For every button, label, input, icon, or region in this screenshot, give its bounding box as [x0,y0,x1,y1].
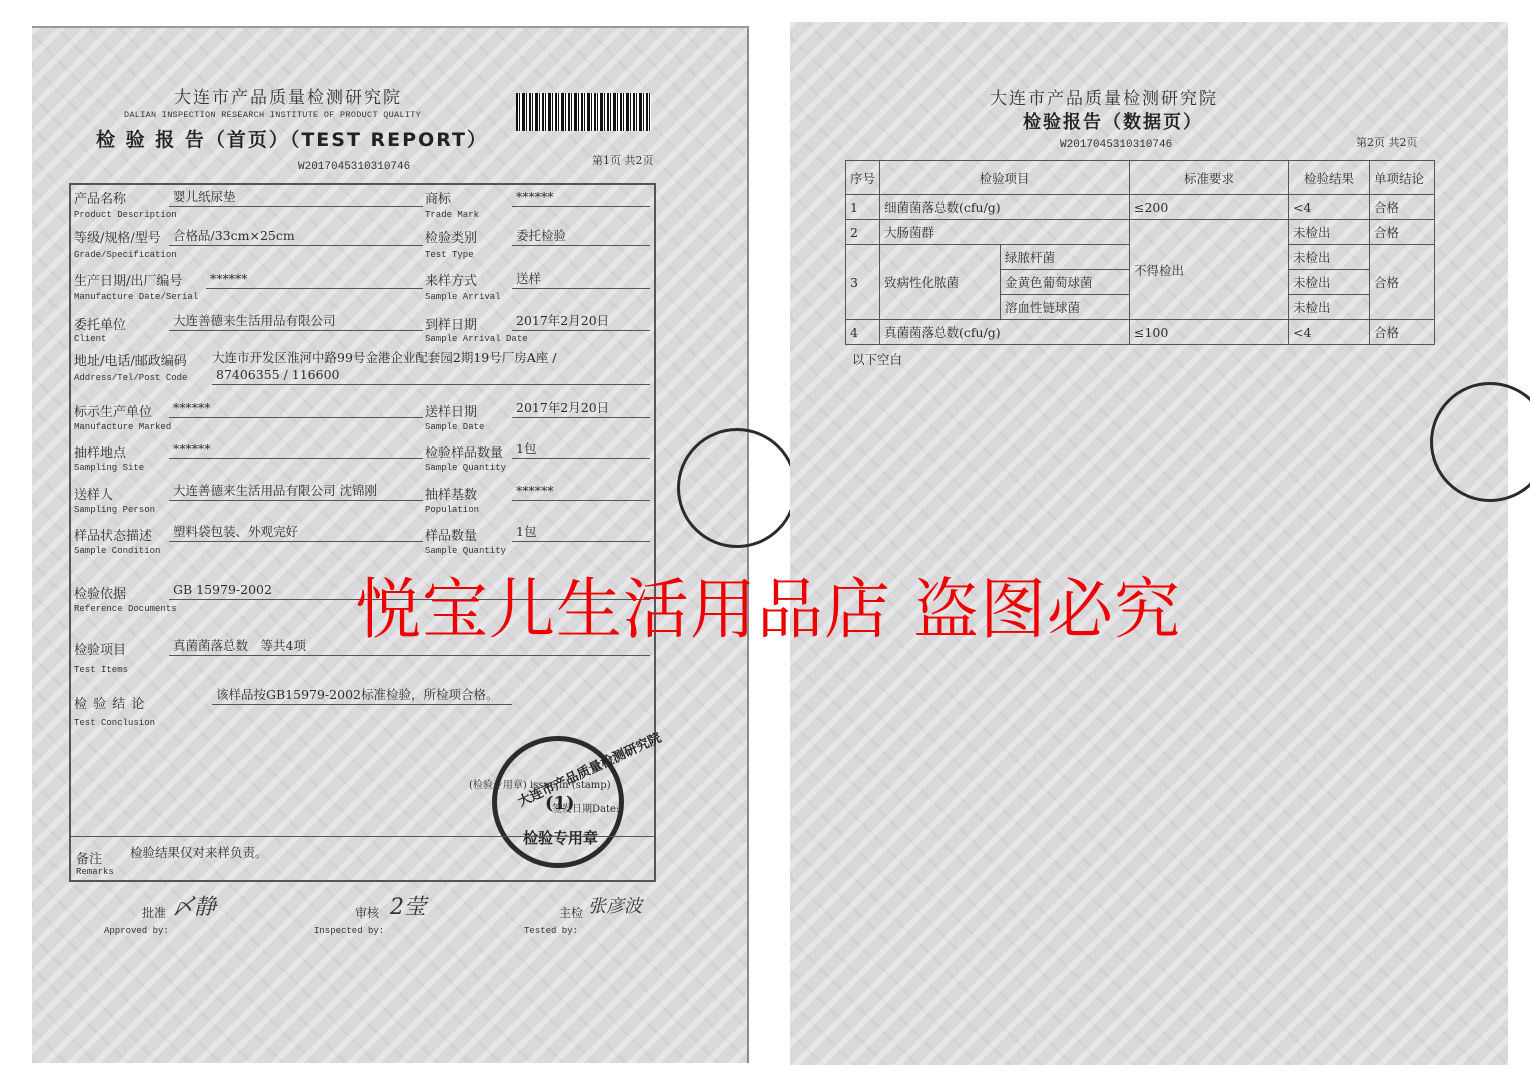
header-standard: 标准要求 [1130,161,1289,195]
cell-result: 未检出 [1289,270,1370,295]
partial-seal-icon [677,428,797,548]
value-sampling-person: 大连善德来生活用品有限公司 沈锦刚 [169,482,423,501]
header-item: 检验项目 [880,161,1130,195]
label-product-name: 产品名称 [74,188,126,207]
results-table: 序号 检验项目 标准要求 检验结果 单项结论 1 细菌菌落总数(cfu/g) ≤… [845,160,1435,345]
cell-item: 致病性化脓菌 [880,245,1001,320]
label-en-grade: Grade/Specification [74,250,177,260]
cell-no: 1 [846,195,880,220]
cell-standard: 不得检出 [1130,220,1289,320]
official-seal-icon: 大连市产品质量检测研究院 (1) 检验专用章 [492,736,624,868]
table-header-row: 序号 检验项目 标准要求 检验结果 单项结论 [846,161,1435,195]
cell-item: 大肠菌群 [880,220,1130,245]
label-sample-date: 送样日期 [425,401,477,420]
tester-signature-icon: 张彦波 [588,892,642,918]
label-address: 地址/电话/邮政编码 [74,350,187,369]
page-indicator: 第1页 共2页 [592,152,654,168]
label-en-manufacturer: Manufacture Marked [74,422,171,432]
label-sampling-person: 送样人 [74,484,113,503]
label-trade-mark: 商标 [425,188,451,207]
label-en-trade-mark: Trade Mark [425,210,479,220]
label-en-tested: Tested by: [524,926,578,936]
table-row: 1 细菌菌落总数(cfu/g) ≤200 <4 合格 [846,195,1435,220]
label-conclusion: 检 验 结 论 [74,693,145,712]
label-population: 抽样基数 [425,484,477,503]
label-en-conclusion: Test Conclusion [74,718,155,728]
cell-result: 未检出 [1289,245,1370,270]
value-sample-date: 2017年2月20日 [512,399,650,418]
report-title-p2: 检验报告（数据页） [1023,108,1203,134]
label-en-reference: Reference Documents [74,604,177,614]
label-en-remarks: Remarks [76,867,114,877]
label-en-test-type: Test Type [425,250,474,260]
cell-no: 3 [846,245,880,320]
table-row: 4 真菌菌落总数(cfu/g) ≤100 <4 合格 [846,320,1435,345]
report-number: W2017045310310746 [298,161,410,173]
label-arrival-date: 到样日期 [425,314,477,333]
cell-conclusion: 合格 [1370,220,1435,245]
value-grade: 合格品/33cm×25cm [169,227,423,246]
table-footer-blank: 以下空白 [852,350,902,368]
value-conclusion: 该样品按GB15979-2002标准检验，所检项合格。 [212,686,512,705]
label-en-sampling-site: Sampling Site [74,463,144,473]
cell-item: 细菌菌落总数(cfu/g) [880,195,1130,220]
cell-result: 未检出 [1289,220,1370,245]
label-test-items: 检验项目 [74,639,126,658]
label-remarks: 备注 [76,848,102,867]
label-en-sample-date: Sample Date [425,422,484,432]
label-en-sampling-person: Sampling Person [74,505,155,515]
label-sample-quantity: 样品数量 [425,525,477,544]
header-no: 序号 [846,161,880,195]
label-sample-arrival: 来样方式 [425,270,477,289]
value-test-quantity: 1包 [512,440,650,459]
value-population: ****** [512,482,650,501]
cell-result: 未检出 [1289,295,1370,320]
label-sample-condition: 样品状态描述 [74,525,152,544]
label-en-arrival-date: Sample Arrival Date [425,334,528,344]
value-address-line1: 大连市开发区淮河中路99号金港企业配套园2期19号厂房A座 / [212,348,556,366]
value-arrival-date: 2017年2月20日 [512,312,650,331]
approver-signature-icon: 〆静 [172,890,216,921]
report-data-page: 大连市产品质量检测研究院 检验报告（数据页） W2017045310310746… [790,22,1508,1065]
label-manufacturer: 标示生产单位 [74,401,152,420]
label-test-type: 检验类别 [425,227,477,246]
partial-seal-icon-p2 [1430,382,1530,502]
remarks-divider [69,836,654,837]
label-manufacture-date: 生产日期/出厂编号 [74,270,182,289]
barcode-icon [516,93,651,131]
value-remarks: 检验结果仅对来样负责。 [130,843,268,861]
label-en-sample-quantity: Sample Quantity [425,546,506,556]
seal-center-text: (1) [545,793,575,814]
label-en-client: Client [74,334,106,344]
label-approved: 批准 [142,904,166,921]
value-client: 大连善德来生活用品有限公司 [169,312,423,331]
label-en-population: Population [425,505,479,515]
label-reference: 检验依据 [74,583,126,602]
value-test-type: 委托检验 [512,227,650,246]
report-first-page: 大连市产品质量检测研究院 DALIAN INSPECTION RESEARCH … [32,28,749,1063]
cell-subitem: 绿脓杆菌 [1001,245,1130,270]
cell-conclusion: 合格 [1370,245,1435,320]
label-en-product-name: Product Description [74,210,177,220]
cell-standard: ≤100 [1130,320,1289,345]
value-trade-mark: ****** [512,188,650,207]
cell-subitem: 溶血性链球菌 [1001,295,1130,320]
cell-conclusion: 合格 [1370,320,1435,345]
cell-item: 真菌菌落总数(cfu/g) [880,320,1130,345]
label-inspected: 审核 [355,904,379,921]
institute-name-cn: 大连市产品质量检测研究院 [174,83,402,108]
table-row: 2 大肠菌群 不得检出 未检出 合格 [846,220,1435,245]
cell-no: 2 [846,220,880,245]
label-tested: 主检 [559,904,583,921]
report-title: 检 验 报 告（首页）（TEST REPORT） [96,125,488,152]
label-en-sample-arrival: Sample Arrival [425,292,501,302]
label-client: 委托单位 [74,314,126,333]
cell-no: 4 [846,320,880,345]
watermark-text: 悦宝儿生活用品店 盗图必究 [355,577,1181,643]
header-conclusion: 单项结论 [1370,161,1435,195]
label-en-test-items: Test Items [74,665,128,675]
value-address-line2: 87406355 / 116600 [212,366,650,385]
value-sample-condition: 塑料袋包装、外观完好 [169,523,423,542]
report-number-p2: W2017045310310746 [1060,139,1172,151]
label-en-test-quantity: Sample Quantity [425,463,506,473]
label-en-sample-condition: Sample Condition [74,546,160,556]
value-sample-arrival: 送样 [512,270,650,289]
value-sampling-site: ****** [169,440,423,459]
inspector-signature-icon: 2莹 [390,890,426,921]
label-sampling-site: 抽样地点 [74,442,126,461]
label-en-inspected: Inspected by: [314,926,384,936]
institute-name-cn-p2: 大连市产品质量检测研究院 [990,84,1218,109]
header-result: 检验结果 [1289,161,1370,195]
cell-result: <4 [1289,320,1370,345]
value-manufacturer: ****** [169,399,423,418]
cell-subitem: 金黄色葡萄球菌 [1001,270,1130,295]
value-product-name: 婴儿纸尿垫 [169,188,423,207]
label-en-approved: Approved by: [104,926,169,936]
value-manufacture-date: ****** [206,270,423,289]
label-en-address: Address/Tel/Post Code [74,373,187,383]
label-grade: 等级/规格/型号 [74,227,161,246]
value-sample-quantity: 1包 [512,523,650,542]
page-indicator-p2: 第2页 共2页 [1356,134,1418,150]
label-test-quantity: 检验样品数量 [425,442,503,461]
seal-bottom-text: 检验专用章 [523,827,598,848]
cell-result: <4 [1289,195,1370,220]
institute-name-en: DALIAN INSPECTION RESEARCH INSTITUTE OF … [124,110,421,120]
cell-standard: ≤200 [1130,195,1289,220]
label-en-manufacture-date: Manufacture Date/Serial [74,292,198,302]
cell-conclusion: 合格 [1370,195,1435,220]
